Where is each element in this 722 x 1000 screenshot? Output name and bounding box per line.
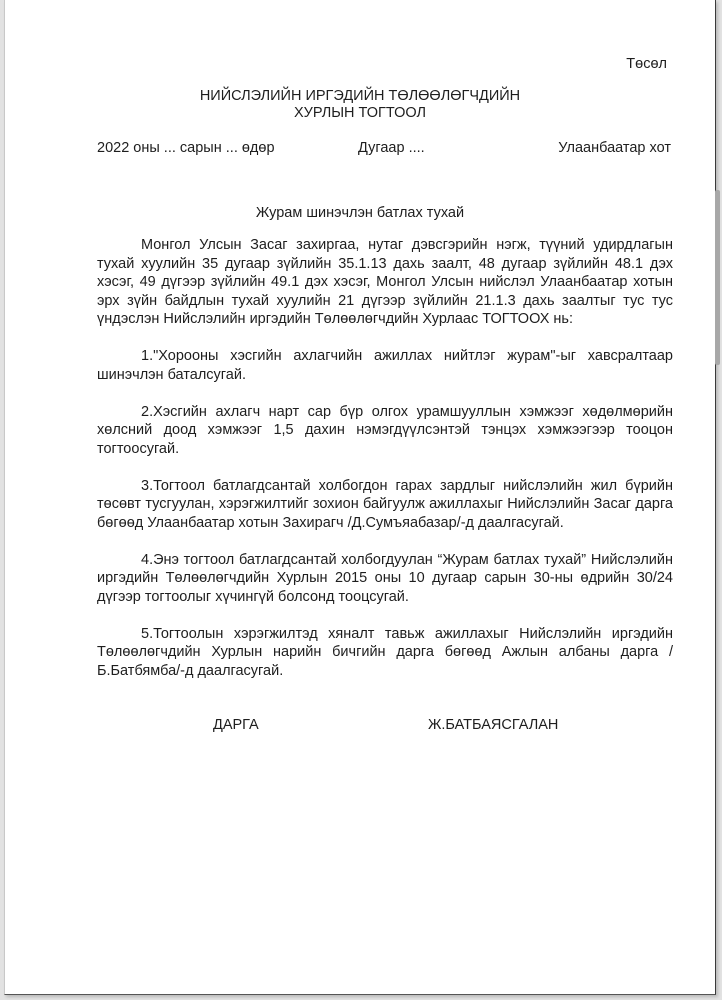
preamble-paragraph: Монгол Улсын Засаг захиргаа, нутаг дэвсг… <box>97 236 673 329</box>
title-line-2: ХУРЛЫН ТОГТООЛ <box>5 105 715 122</box>
document-body: Монгол Улсын Засаг захиргаа, нутаг дэвсг… <box>97 236 673 699</box>
document-subject: Журам шинэчлэн батлах тухай <box>5 205 715 221</box>
document-title: НИЙСЛЭЛИЙН ИРГЭДИЙН ТӨЛӨӨЛӨГЧДИЙН ХУРЛЫН… <box>5 88 715 122</box>
title-line-1: НИЙСЛЭЛИЙН ИРГЭДИЙН ТӨЛӨӨЛӨГЧДИЙН <box>5 88 715 105</box>
signature-name: Ж.БАТБАЯСГАЛАН <box>428 717 558 733</box>
document-page: Төсөл НИЙСЛЭЛИЙН ИРГЭДИЙН ТӨЛӨӨЛӨГЧДИЙН … <box>4 0 716 995</box>
clause-4: 4.Энэ тогтоол батлагдсантай холбогдуулан… <box>97 551 673 607</box>
document-number: Дугаар .... <box>358 140 425 156</box>
scrollbar-thumb[interactable] <box>715 190 720 365</box>
clause-2: 2.Хэсгийн ахлагч нарт сар бүр олгох урам… <box>97 403 673 459</box>
document-date: 2022 оны ... сарын ... өдөр <box>97 140 275 156</box>
clause-5: 5.Тогтоолын хэрэгжилтэд хяналт тавьж ажи… <box>97 625 673 681</box>
clause-3: 3.Тогтоол батлагдсантай холбогдон гарах … <box>97 477 673 533</box>
document-place: Улаанбаатар хот <box>558 140 671 156</box>
draft-label: Төсөл <box>626 56 667 72</box>
clause-1: 1."Хорооны хэсгийн ахлагчийн ажиллах ний… <box>97 347 673 384</box>
signature-title: ДАРГА <box>213 717 259 733</box>
